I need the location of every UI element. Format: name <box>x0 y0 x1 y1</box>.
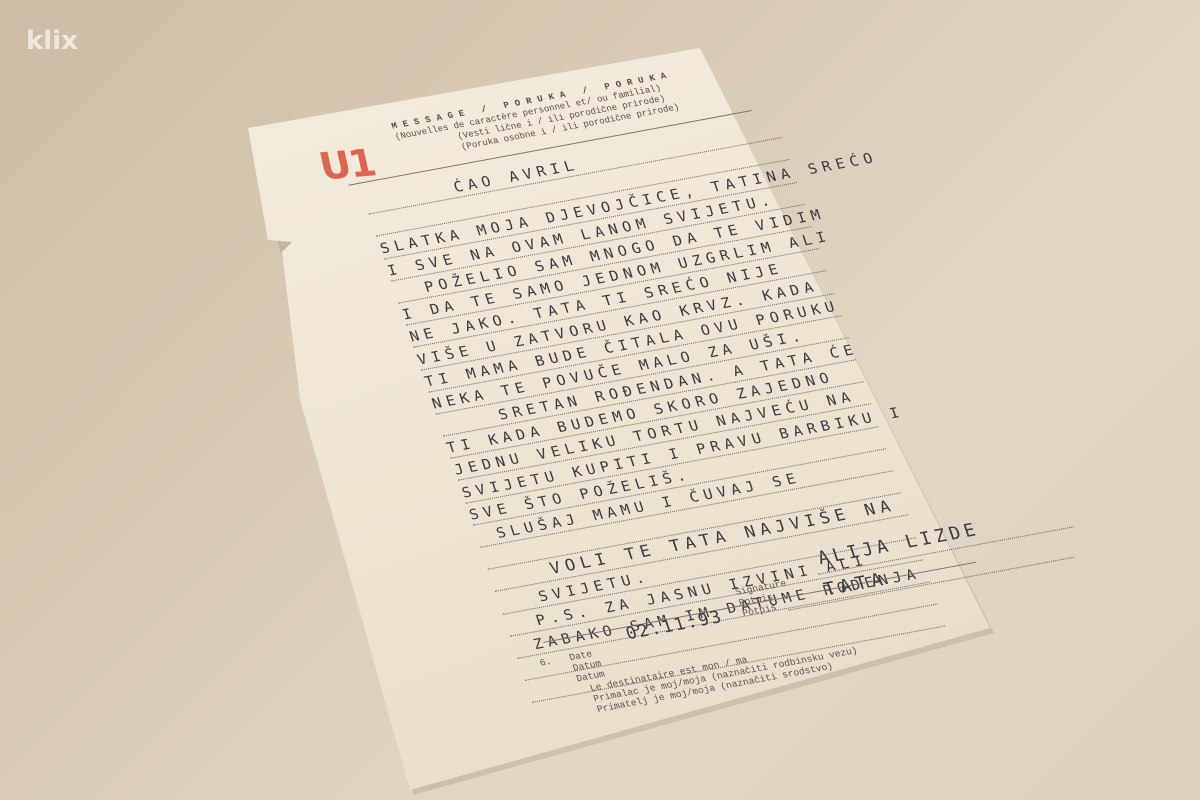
handwritten-message: ĆAO AVRIL SLATKA MOJA DJEVOJČICE, TATINA… <box>362 116 946 703</box>
klix-watermark-logo: klix <box>26 26 78 56</box>
